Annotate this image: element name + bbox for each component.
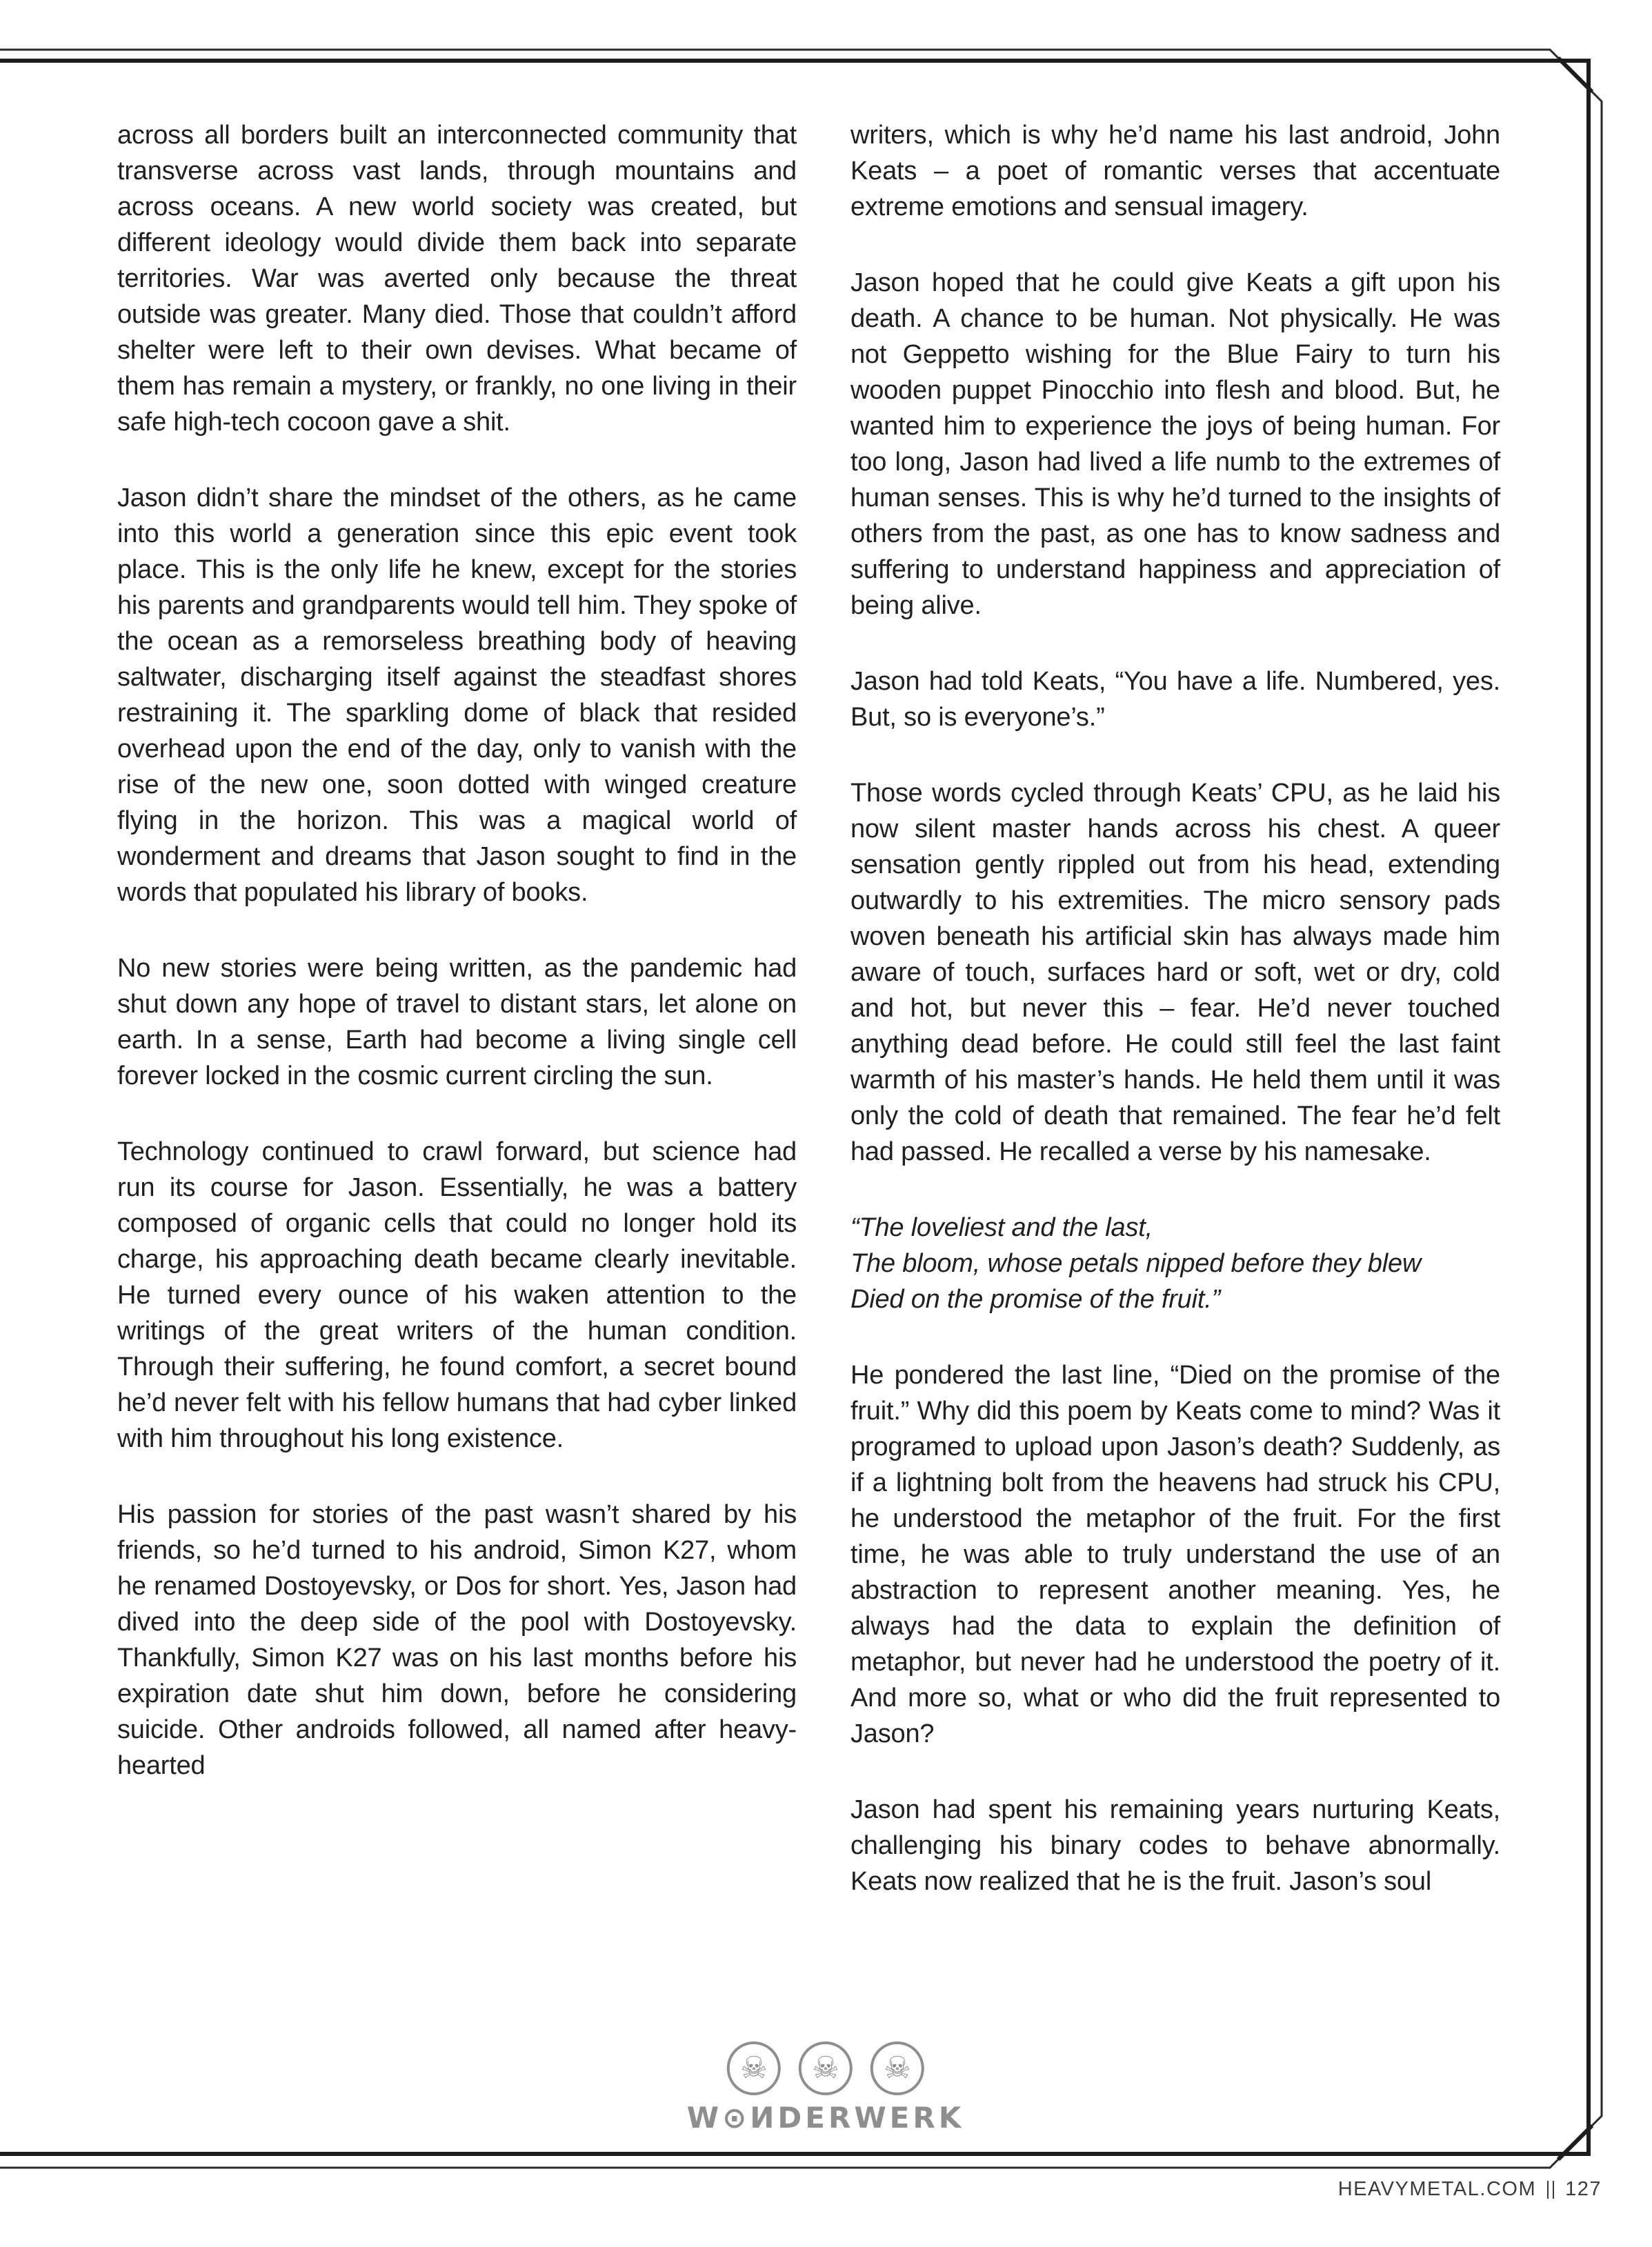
paragraph: His passion for stories of the past wasn… xyxy=(117,1497,797,1784)
magazine-page: across all borders built an interconnect… xyxy=(0,0,1652,2247)
flaming-helmet-skull-icon: ☠ xyxy=(870,2041,924,2095)
paragraph: Jason had spent his remaining years nurt… xyxy=(850,1792,1500,1899)
skull-glyph: ☠ xyxy=(812,2053,839,2084)
flaming-alien-skull-icon: ☠ xyxy=(799,2041,853,2095)
paragraph: across all borders built an interconnect… xyxy=(117,117,797,440)
paragraph: No new stories were being written, as th… xyxy=(117,950,797,1094)
paragraph: Technology continued to crawl forward, b… xyxy=(117,1134,797,1457)
skull-glyph: ☠ xyxy=(884,2053,910,2084)
paragraph: Jason didn’t share the mindset of the ot… xyxy=(117,480,797,910)
separator-bars-icon xyxy=(1547,2181,1554,2199)
paragraph: Jason hoped that he could give Keats a g… xyxy=(850,265,1500,623)
page-footer: HEAVYMETAL.COM 127 xyxy=(1338,2178,1602,2201)
paragraph: Those words cycled through Keats’ CPU, a… xyxy=(850,775,1500,1170)
flaming-skull-icon: ☠ xyxy=(727,2041,781,2095)
wonderwerk-wordmark: W⊙ИDERWERK xyxy=(687,2101,964,2135)
paragraph: writers, which is why he’d name his last… xyxy=(850,117,1500,225)
right-column: writers, which is why he’d name his last… xyxy=(850,117,1500,1899)
wonderwerk-logo: ☠ ☠ ☠ W⊙ИDERWERK xyxy=(687,2041,964,2135)
logo-badges: ☠ ☠ ☠ xyxy=(687,2041,964,2095)
skull-glyph: ☠ xyxy=(740,2053,767,2084)
keats-verse: “The loveliest and the last, The bloom, … xyxy=(850,1210,1500,1317)
paragraph: Jason had told Keats, “You have a life. … xyxy=(850,663,1500,735)
left-column: across all borders built an interconnect… xyxy=(117,117,797,1784)
site-url: HEAVYMETAL.COM xyxy=(1338,2178,1536,2201)
page-number: 127 xyxy=(1565,2178,1602,2201)
paragraph: He pondered the last line, “Died on the … xyxy=(850,1357,1500,1752)
